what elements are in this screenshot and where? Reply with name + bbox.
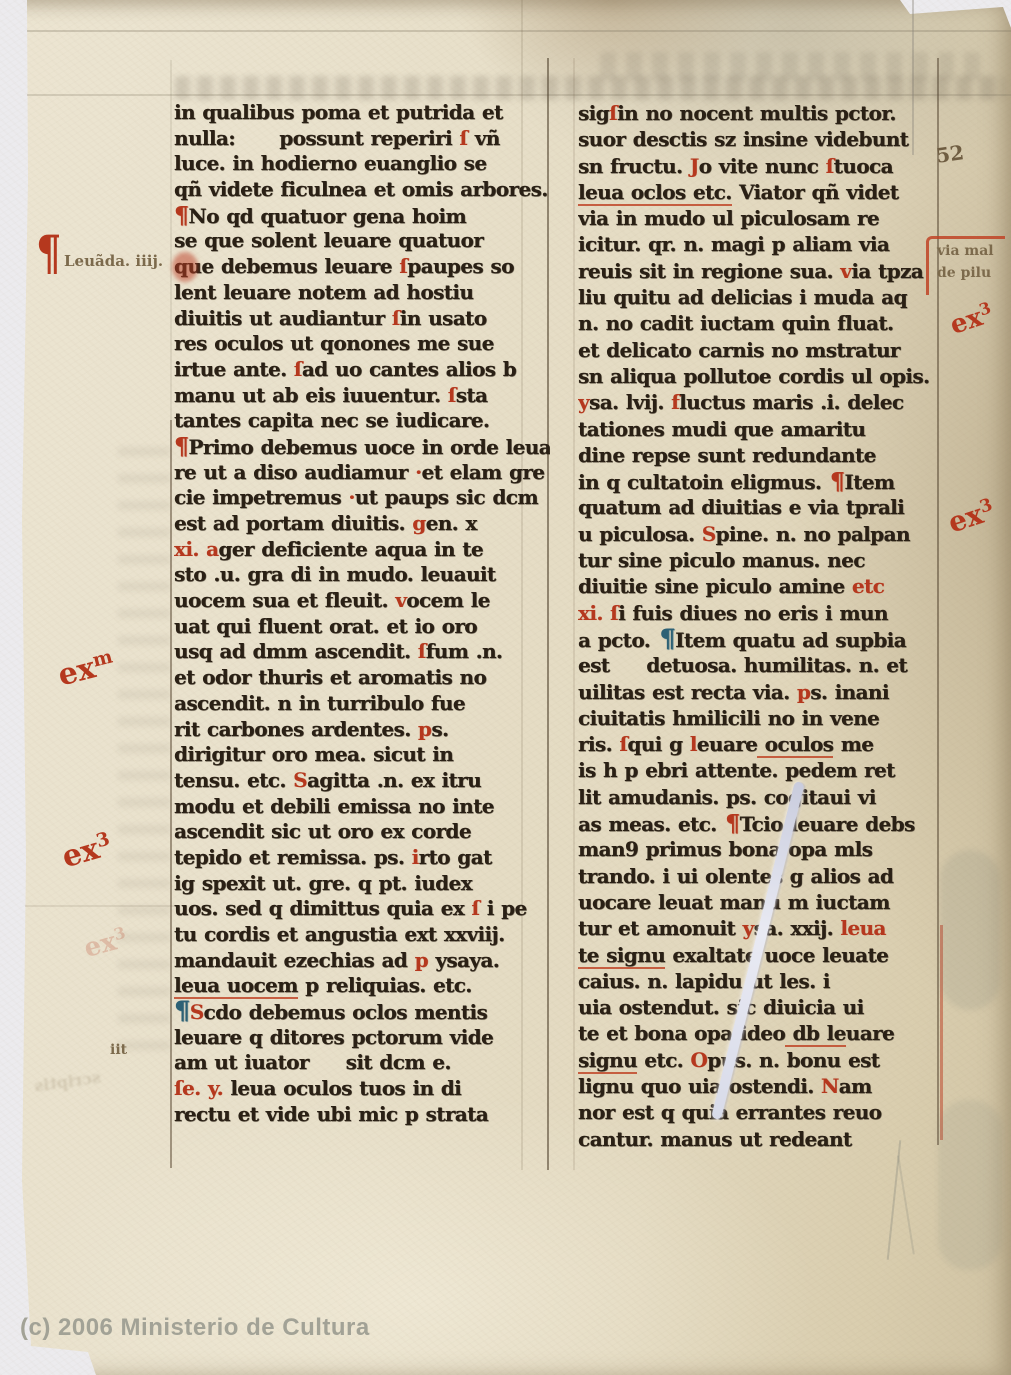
manuscript-line: cie impetremus ·ut paups sic dcm xyxy=(174,485,550,511)
manuscript-line: dine repse sunt redundante xyxy=(578,442,938,468)
manuscript-line: diuitis ut audiantur ſin usato xyxy=(174,306,550,332)
text-segment: caius. n. lapidu ut les. i xyxy=(578,969,830,993)
right-text-column: sigſin no nocent multis pctor.suor desct… xyxy=(578,100,938,1152)
text-segment: S xyxy=(694,522,715,546)
text-segment: cie impetremus xyxy=(174,485,341,509)
manuscript-line: te et bona opa ideo db leuare xyxy=(578,1020,938,1046)
manuscript-line: tepido et remissa. ps. irto gat xyxy=(174,845,550,871)
text-segment: et odor thuris et aromatis no xyxy=(174,665,486,689)
text-segment: uat qui fluent orat. et io oro xyxy=(174,614,477,638)
text-segment: O xyxy=(683,1048,707,1072)
manuscript-line: luce. in hodierno euanglio se xyxy=(174,151,550,177)
text-segment: am xyxy=(839,1074,872,1098)
text-segment: res oculos ut qonones me sue xyxy=(174,331,494,355)
text-segment: ciuitatis hmilicili no in vene xyxy=(578,706,879,730)
text-segment: g xyxy=(405,511,426,535)
manuscript-line: tur sine piculo manus. nec xyxy=(578,547,938,573)
text-segment: rto gat xyxy=(419,845,492,869)
text-segment: ig spexit ut. gre. q pt. iudex xyxy=(174,871,472,895)
text-segment: v xyxy=(833,259,851,283)
text-segment: ¶ xyxy=(174,432,188,460)
text-segment: se que solent leuare quatuor xyxy=(174,228,483,252)
text-segment: est detuosa. humilitas. n. et xyxy=(578,653,907,677)
text-segment: dine repse sunt redundante xyxy=(578,443,876,467)
text-segment: sn aliqua pollutoe cordis ul opis. xyxy=(578,364,929,388)
text-segment: leuare q ditores pctorum vide xyxy=(174,1025,493,1049)
manuscript-line: xi. ager deficiente aqua in te xyxy=(174,537,550,563)
text-segment: tuoca xyxy=(834,154,893,178)
text-segment: reuis sit in regione sua. xyxy=(578,259,833,283)
text-segment: ſ xyxy=(440,383,455,407)
text-segment: ¶ xyxy=(821,467,844,495)
text-segment: ger deficiente aqua in te xyxy=(218,537,483,561)
manuscript-line: tensu. etc. Sagitta .n. ex itru xyxy=(174,768,550,794)
manuscript-line: est detuosa. humilitas. n. et xyxy=(578,652,938,678)
manuscript-line: ascendit sic ut oro ex corde xyxy=(174,819,550,845)
manuscript-line: diuitie sine piculo amine etc xyxy=(578,573,938,599)
manuscript-line: man9 primus bona opa mls xyxy=(578,836,938,862)
text-segment: u piculosa. xyxy=(578,522,694,546)
text-segment: et elam gre xyxy=(421,460,544,484)
text-segment: ſe. y. xyxy=(174,1076,230,1100)
manuscript-line: u piculosa. Spine. n. no palpan xyxy=(578,521,938,547)
text-segment: ſ xyxy=(818,154,833,178)
text-segment: xi. a xyxy=(174,537,218,561)
text-segment: in qualibus poma et putrida et xyxy=(174,100,503,124)
text-segment: signu xyxy=(578,1048,637,1074)
text-segment: ſ xyxy=(286,357,301,381)
text-segment: luce. in hodierno euanglio se xyxy=(174,151,486,175)
text-segment: en. x xyxy=(426,511,477,535)
text-segment: oculos xyxy=(757,732,833,758)
text-segment: Item quatu ad supbia xyxy=(675,628,906,652)
text-segment: s. xyxy=(431,717,448,741)
manuscript-line: in qualibus poma et putrida et xyxy=(174,100,550,126)
text-segment: qui g xyxy=(627,732,682,756)
copyright-watermark: (c) 2006 Ministerio de Cultura xyxy=(20,1314,370,1342)
manuscript-line: quatum ad diuitias e via tprali xyxy=(578,494,938,520)
text-segment: p xyxy=(411,717,432,741)
text-segment: S xyxy=(286,768,307,792)
text-segment: leua uocem xyxy=(174,973,298,999)
text-segment: exaltate uoce leuate xyxy=(665,943,888,967)
manuscript-line: et delicato carnis no mstratur xyxy=(578,337,938,363)
manuscript-line: usq ad dmm ascendit. ſfum .n. xyxy=(174,639,550,665)
text-segment: Viator qñ videt xyxy=(732,180,899,204)
manuscript-line: a pcto. ¶Item quatu ad supbia xyxy=(578,626,938,652)
text-segment: l xyxy=(682,732,696,756)
text-segment: lent leuare notem ad hostiu xyxy=(174,280,473,304)
text-segment: Item xyxy=(844,470,894,494)
text-segment: ysaya. xyxy=(428,948,499,972)
text-segment: in no nocent multis pctor. xyxy=(617,101,896,125)
text-segment: is h p ebri attente. pedem ret xyxy=(578,758,895,782)
text-segment: trando. i ui olentes g alios ad xyxy=(578,864,893,888)
manuscript-line: lignu quo uia ostendi. Nam xyxy=(578,1073,938,1099)
manuscript-line: is h p ebri attente. pedem ret xyxy=(578,757,938,783)
text-segment: ad uo cantes alios b xyxy=(302,357,516,381)
text-segment: f xyxy=(664,390,679,414)
text-segment: uocem sua et fleuit. xyxy=(174,588,388,612)
text-segment: ascendit. n in turribulo fue xyxy=(174,691,465,715)
text-segment: Tcio leuare debs xyxy=(740,812,915,836)
text-segment: tepido et remissa. ps. xyxy=(174,845,404,869)
rubric-ink-blotch xyxy=(172,252,198,282)
text-segment: tur et amonuit xyxy=(578,916,735,940)
text-segment: liu quitu ad delicias i muda aq xyxy=(578,285,907,309)
text-segment: in q cultatoin eligmus. xyxy=(578,470,821,494)
manuscript-line: se que solent leuare quatuor xyxy=(174,228,550,254)
text-segment: ſ xyxy=(464,896,479,920)
text-segment: cantur. manus ut redeant xyxy=(578,1127,852,1151)
manuscript-line: suor desctis sz insine videbunt xyxy=(578,126,938,152)
text-segment: rectu et vide ubi mic p strata xyxy=(174,1102,488,1126)
manuscript-line: liu quitu ad delicias i muda aq xyxy=(578,284,938,310)
right-margin-bracket: via mal de pilu xyxy=(926,236,1005,295)
text-segment: uare xyxy=(846,1021,894,1045)
text-segment: quatum ad diuitias e via tprali xyxy=(578,495,904,519)
manuscript-line: rit carbones ardentes. ps. xyxy=(174,717,550,743)
text-segment: ſ xyxy=(392,254,407,278)
text-segment: uos. sed q dimittus quia ex xyxy=(174,896,464,920)
text-segment: a pcto. xyxy=(578,628,650,652)
text-segment: sig xyxy=(578,101,609,125)
manuscript-line: ſe. y. leua oculos tuos in di xyxy=(174,1076,550,1102)
text-segment: p xyxy=(789,680,810,704)
text-segment: ſ xyxy=(452,126,467,150)
text-segment: vñ xyxy=(467,126,499,150)
manuscript-line: manu ut ab eis iuuentur. ſsta xyxy=(174,383,550,409)
manuscript-line: ¶Primo debemus uoce in orde leua xyxy=(174,434,550,460)
text-segment: est ad portam diuitis. xyxy=(174,511,405,535)
left-text-column: in qualibus poma et putrida etnulla: pos… xyxy=(174,100,550,1128)
text-segment: N xyxy=(814,1074,839,1098)
manuscript-line: est ad portam diuitis. gen. x xyxy=(174,511,550,537)
text-segment: i xyxy=(404,845,418,869)
text-segment: i fuis diues no eris i mun xyxy=(618,601,888,625)
text-segment: que debemus leuare xyxy=(174,254,392,278)
manuscript-line: que debemus leuare ſpaupes so xyxy=(174,254,550,280)
manuscript-line: et odor thuris et aromatis no xyxy=(174,665,550,691)
manuscript-line: ciuitatis hmilicili no in vene xyxy=(578,705,938,731)
text-segment: n. no cadit iuctam quin fluat. xyxy=(578,311,893,335)
text-segment: re ut a diso audiamur xyxy=(174,460,408,484)
text-segment: ¶ xyxy=(174,996,190,1026)
text-segment: fum .n. xyxy=(426,639,503,663)
text-segment: s. inani xyxy=(810,680,889,704)
text-segment: luctus maris .i. delec xyxy=(679,390,903,414)
manuscript-line: ¶Scdo debemus oclos mentis xyxy=(174,999,550,1025)
text-segment: agitta .n. ex itru xyxy=(307,768,481,792)
text-segment: et delicato carnis no mstratur xyxy=(578,338,900,362)
text-segment: uilitas est recta via. xyxy=(578,680,789,704)
text-segment: sto .u. gra di in mudo. leuauit xyxy=(174,562,496,586)
text-segment: me xyxy=(833,732,873,756)
manuscript-line: via in mudo ul piculosam re xyxy=(578,205,938,231)
manuscript-line: reuis sit in regione sua. via tpza xyxy=(578,258,938,284)
text-segment: p reliquias. etc. xyxy=(298,973,472,997)
manuscript-line: uos. sed q dimittus quia ex ſ i pe xyxy=(174,896,550,922)
manuscript-line: as meas. etc. ¶Tcio leuare debs xyxy=(578,810,938,836)
manuscript-line: mandauit ezechias ad p ysaya. xyxy=(174,948,550,974)
text-segment: ſ xyxy=(410,639,425,663)
text-segment: uia ostendut. sic diuicia ui xyxy=(578,995,864,1019)
text-segment: via in mudo ul piculosam re xyxy=(578,206,879,230)
manuscript-line: res oculos ut qonones me sue xyxy=(174,331,550,357)
text-segment: te et bona opa ideo xyxy=(578,1021,785,1045)
manuscript-line: modu et debili emissa no inte xyxy=(174,794,550,820)
text-segment: leua xyxy=(833,916,886,940)
manuscript-line: ascendit. n in turribulo fue xyxy=(174,691,550,717)
text-segment: ascendit sic ut oro ex corde xyxy=(174,819,471,843)
manuscript-line: n. no cadit iuctam quin fluat. xyxy=(578,310,938,336)
manuscript-line: qñ videte ficulnea et omis arbores. xyxy=(174,177,550,203)
manuscript-line: in q cultatoin eligmus. ¶Item xyxy=(578,468,938,494)
text-segment: manu ut ab eis iuuentur. xyxy=(174,383,440,407)
text-segment: J xyxy=(682,154,698,178)
manuscript-line: cantur. manus ut redeant xyxy=(578,1126,938,1152)
manuscript-line: nor est q quia errantes reuo xyxy=(578,1099,938,1125)
manuscript-line: caius. n. lapidu ut les. i xyxy=(578,968,938,994)
manuscript-line: signu etc. Opus. n. bonu est xyxy=(578,1047,938,1073)
folio-number: 52 xyxy=(934,140,965,168)
manuscript-line: ysa. lvij. fluctus maris .i. delec xyxy=(578,389,938,415)
manuscript-scan: in qualibus poma et putrida etnulla: pos… xyxy=(0,0,1011,1375)
manuscript-line: tu cordis et angustia ext xxviij. xyxy=(174,922,550,948)
text-segment: leua oclos etc. xyxy=(578,180,732,206)
manuscript-line: uilitas est recta via. ps. inani xyxy=(578,679,938,705)
text-segment: mandauit ezechias ad xyxy=(174,948,407,972)
text-segment: tensu. etc. xyxy=(174,768,286,792)
text-segment: lignu quo uia ostendi. xyxy=(578,1074,814,1098)
left-margin-small-note: iit xyxy=(110,1042,127,1058)
manuscript-line: lit amudanis. ps. cogitaui vi xyxy=(578,784,938,810)
text-segment: xi. ſ xyxy=(578,601,618,625)
manuscript-line: rectu et vide ubi mic p strata xyxy=(174,1102,550,1128)
text-segment: p xyxy=(407,948,428,972)
text-segment: etc. xyxy=(637,1048,683,1072)
text-segment: nor est q quia errantes reuo xyxy=(578,1100,881,1124)
text-segment: qñ videte ficulnea et omis arbores. xyxy=(174,177,548,201)
manuscript-line: ris. ſqui g leuare oculos me xyxy=(578,731,938,757)
manuscript-line: leua uocem p reliquias. etc. xyxy=(174,973,550,999)
text-segment: paupes so xyxy=(407,254,514,278)
text-segment: ¶ xyxy=(717,809,740,837)
text-segment: dirigitur oro mea. sicut in xyxy=(174,742,453,766)
manuscript-line: nulla: possunt reperiri ſ vñ xyxy=(174,126,550,152)
text-segment: ¶ xyxy=(650,624,675,654)
manuscript-line: sn fructu. Jo vite nunc ſtuoca xyxy=(578,153,938,179)
text-segment: pine. n. no palpan xyxy=(716,522,910,546)
text-segment: uocare leuat manu m iuctam xyxy=(578,890,890,914)
manuscript-line: sigſin no nocent multis pctor. xyxy=(578,100,938,126)
text-segment: ut paups sic dcm xyxy=(355,485,538,509)
text-segment: y xyxy=(578,390,589,414)
text-segment: leua oculos tuos in di xyxy=(230,1076,461,1100)
text-segment: ocem le xyxy=(406,588,490,612)
manuscript-line: tationes mudi que amaritu xyxy=(578,416,938,442)
text-segment: am ut iuator sit dcm e. xyxy=(174,1050,451,1074)
text-segment: tur sine piculo manus. nec xyxy=(578,548,865,572)
manuscript-line: uocem sua et fleuit. vocem le xyxy=(174,588,550,614)
left-margin-paragraph-icon: ¶ xyxy=(36,230,61,278)
left-margin-gloss: Leuãda. iiij. xyxy=(64,252,163,270)
text-segment: modu et debili emissa no inte xyxy=(174,794,494,818)
text-segment: db le xyxy=(785,1021,846,1047)
text-segment: · xyxy=(408,460,422,484)
text-segment: usq ad dmm ascendit. xyxy=(174,639,410,663)
manuscript-line: lent leuare notem ad hostiu xyxy=(174,280,550,306)
text-segment: ¶ xyxy=(174,201,188,229)
text-segment: tu cordis et angustia ext xxviij. xyxy=(174,922,504,946)
manuscript-line: xi. ſi fuis diues no eris i mun xyxy=(578,600,938,626)
text-segment: icitur. qr. n. magi p aliam via xyxy=(578,232,889,256)
manuscript-line: icitur. qr. n. magi p aliam via xyxy=(578,231,938,257)
text-segment: ſ xyxy=(612,732,627,756)
manuscript-line: sto .u. gra di in mudo. leuauit xyxy=(174,562,550,588)
text-segment: sa. lvij. xyxy=(589,390,664,414)
manuscript-line: irtue ante. ſad uo cantes alios b xyxy=(174,357,550,383)
text-segment: diuitie sine piculo amine xyxy=(578,574,845,598)
text-segment: sta xyxy=(456,383,488,407)
ex-mark-sup: m xyxy=(91,646,115,671)
text-segment: tantes capita nec se iudicare. xyxy=(174,408,489,432)
text-segment: man9 primus bona opa mls xyxy=(578,837,872,861)
manuscript-line: re ut a diso audiamur ·et elam gre xyxy=(174,460,550,486)
text-segment: y xyxy=(735,916,753,940)
text-segment: v xyxy=(388,588,406,612)
text-segment: ſ xyxy=(384,306,399,330)
right-margin-gloss-line1: via mal xyxy=(937,243,994,259)
text-segment: S xyxy=(190,1000,204,1024)
text-segment: ſ xyxy=(609,101,617,125)
text-segment: etc xyxy=(845,574,885,598)
text-segment: o vite nunc xyxy=(699,154,819,178)
text-segment: in usato xyxy=(400,306,487,330)
text-segment: ris. xyxy=(578,732,612,756)
text-segment: irtue ante. xyxy=(174,357,286,381)
manuscript-line: ig spexit ut. gre. q pt. iudex xyxy=(174,871,550,897)
manuscript-line: am ut iuator sit dcm e. xyxy=(174,1050,550,1076)
text-segment: sn fructu. xyxy=(578,154,682,178)
text-segment: No qd quatuor gena hoim xyxy=(188,204,466,228)
text-segment: as meas. etc. xyxy=(578,812,717,836)
manuscript-line: uocare leuat manu m iuctam xyxy=(578,889,938,915)
manuscript-line: leuare q ditores pctorum vide xyxy=(174,1025,550,1051)
text-segment: i pe xyxy=(479,896,526,920)
manuscript-line: ¶No qd quatuor gena hoim xyxy=(174,203,550,229)
right-margin-gloss-line2: de pilu xyxy=(937,265,991,281)
text-segment: · xyxy=(341,485,355,509)
text-segment: euare xyxy=(697,732,758,756)
manuscript-line: leua oclos etc. Viator qñ videt xyxy=(578,179,938,205)
manuscript-line: uia ostendut. sic diuicia ui xyxy=(578,994,938,1020)
text-segment: rit carbones ardentes. xyxy=(174,717,411,741)
manuscript-line: uat qui fluent orat. et io oro xyxy=(174,614,550,640)
manuscript-line: sn aliqua pollutoe cordis ul opis. xyxy=(578,363,938,389)
text-segment: lit amudanis. ps. cogitaui vi xyxy=(578,785,876,809)
manuscript-line: dirigitur oro mea. sicut in xyxy=(174,742,550,768)
text-segment: Primo debemus uoce in orde leua xyxy=(188,435,550,459)
text-segment: ia tpza xyxy=(851,259,923,283)
manuscript-line: trando. i ui olentes g alios ad xyxy=(578,863,938,889)
text-segment: nulla: possunt reperiri xyxy=(174,126,452,150)
text-segment: te signu xyxy=(578,943,665,969)
text-segment: suor desctis sz insine videbunt xyxy=(578,127,908,151)
text-segment: diuitis ut audiantur xyxy=(174,306,384,330)
text-segment: tationes mudi que amaritu xyxy=(578,417,865,441)
manuscript-line: tantes capita nec se iudicare. xyxy=(174,408,550,434)
text-segment: cdo debemus oclos mentis xyxy=(204,1000,488,1024)
